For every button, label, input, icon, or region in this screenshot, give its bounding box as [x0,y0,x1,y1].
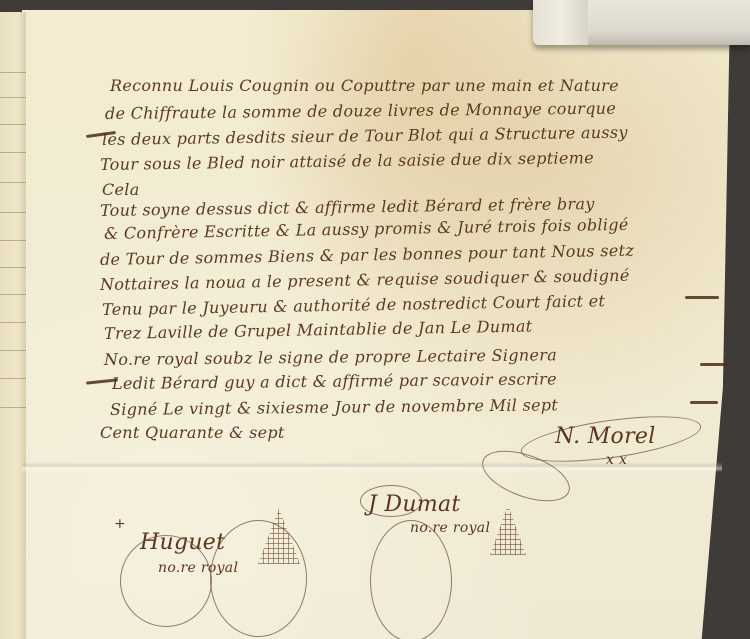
text-line: Cela [102,180,140,199]
ink-dash [700,363,730,366]
signature-right: N. Morel [555,424,656,449]
cloth-weight [533,0,750,45]
ink-dash [690,401,718,404]
signature-center-name: J Dumat [368,492,461,517]
signature-flourish [210,520,307,637]
text-line: Cent Quarante & sept [100,423,285,442]
signature-right-mark: x x [606,452,627,468]
signature-flourish [370,520,452,639]
cross-mark: + [114,516,126,532]
ink-dash [685,296,719,299]
adjacent-page-edge [0,12,26,639]
text-line: Reconnu Louis Cougnin ou Coputtre par un… [110,76,619,95]
